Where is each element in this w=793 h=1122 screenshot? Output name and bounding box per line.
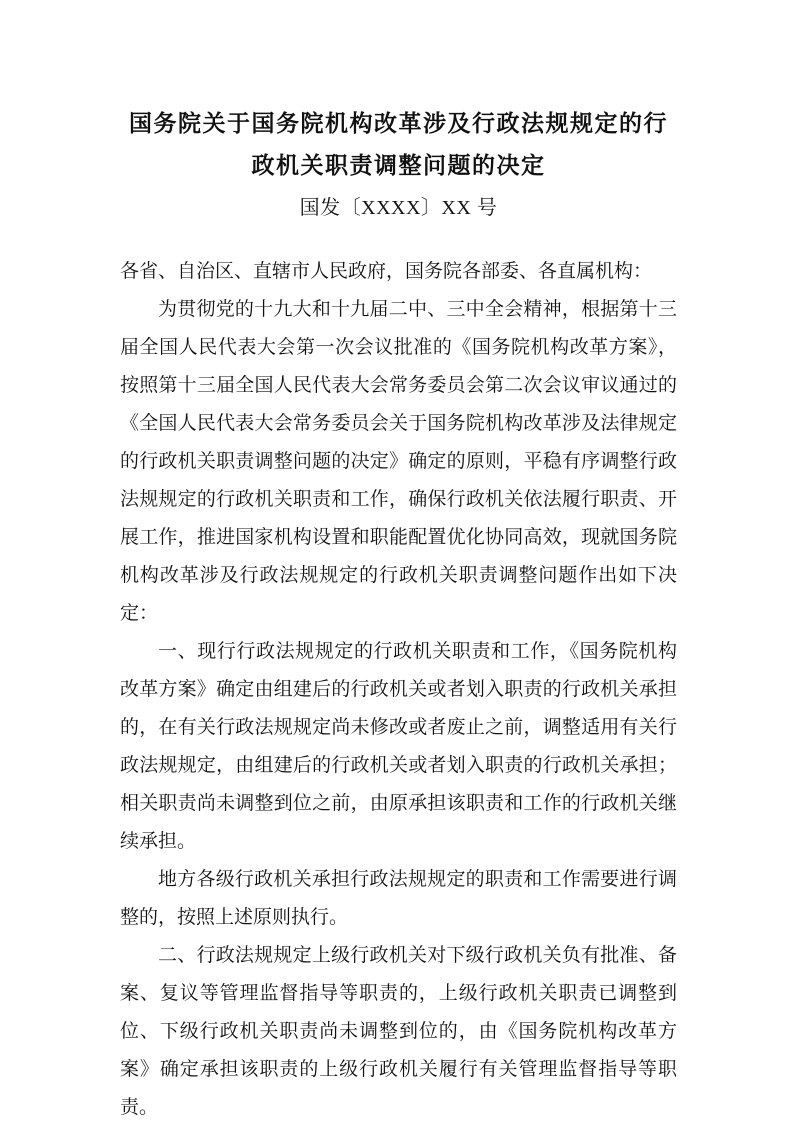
salutation-line: 各省、自治区、直辖市人民政府，国务院各部委、各直属机构： xyxy=(120,253,677,291)
document-header: 国务院关于国务院机构改革涉及行政法规规定的行 政机关职责调整问题的决定 国发〔X… xyxy=(120,103,677,227)
paragraph-item-1: 一、现行行政法规规定的行政机关职责和工作，《国务院机构改革方案》确定由组建后的行… xyxy=(120,633,677,861)
paragraph-item-1-local: 地方各级行政机关承担行政法规规定的职责和工作需要进行调整的，按照上述原则执行。 xyxy=(120,861,677,937)
paragraph-intro: 为贯彻党的十九大和十九届二中、三中全会精神，根据第十三届全国人民代表大会第一次会… xyxy=(120,291,677,633)
paragraph-item-2: 二、行政法规规定上级行政机关对下级行政机关负有批准、备案、复议等管理监督指导等职… xyxy=(120,937,677,1122)
document-title-line-1: 国务院关于国务院机构改革涉及行政法规规定的行 xyxy=(120,103,677,145)
document-title: 国务院关于国务院机构改革涉及行政法规规定的行 政机关职责调整问题的决定 xyxy=(120,103,677,187)
document-page: 国务院关于国务院机构改革涉及行政法规规定的行 政机关职责调整问题的决定 国发〔X… xyxy=(0,0,793,1122)
document-number: 国发〔XXXX〕XX 号 xyxy=(120,189,677,227)
document-body: 各省、自治区、直辖市人民政府，国务院各部委、各直属机构： 为贯彻党的十九大和十九… xyxy=(120,253,677,1122)
document-title-line-2: 政机关职责调整问题的决定 xyxy=(120,145,677,187)
